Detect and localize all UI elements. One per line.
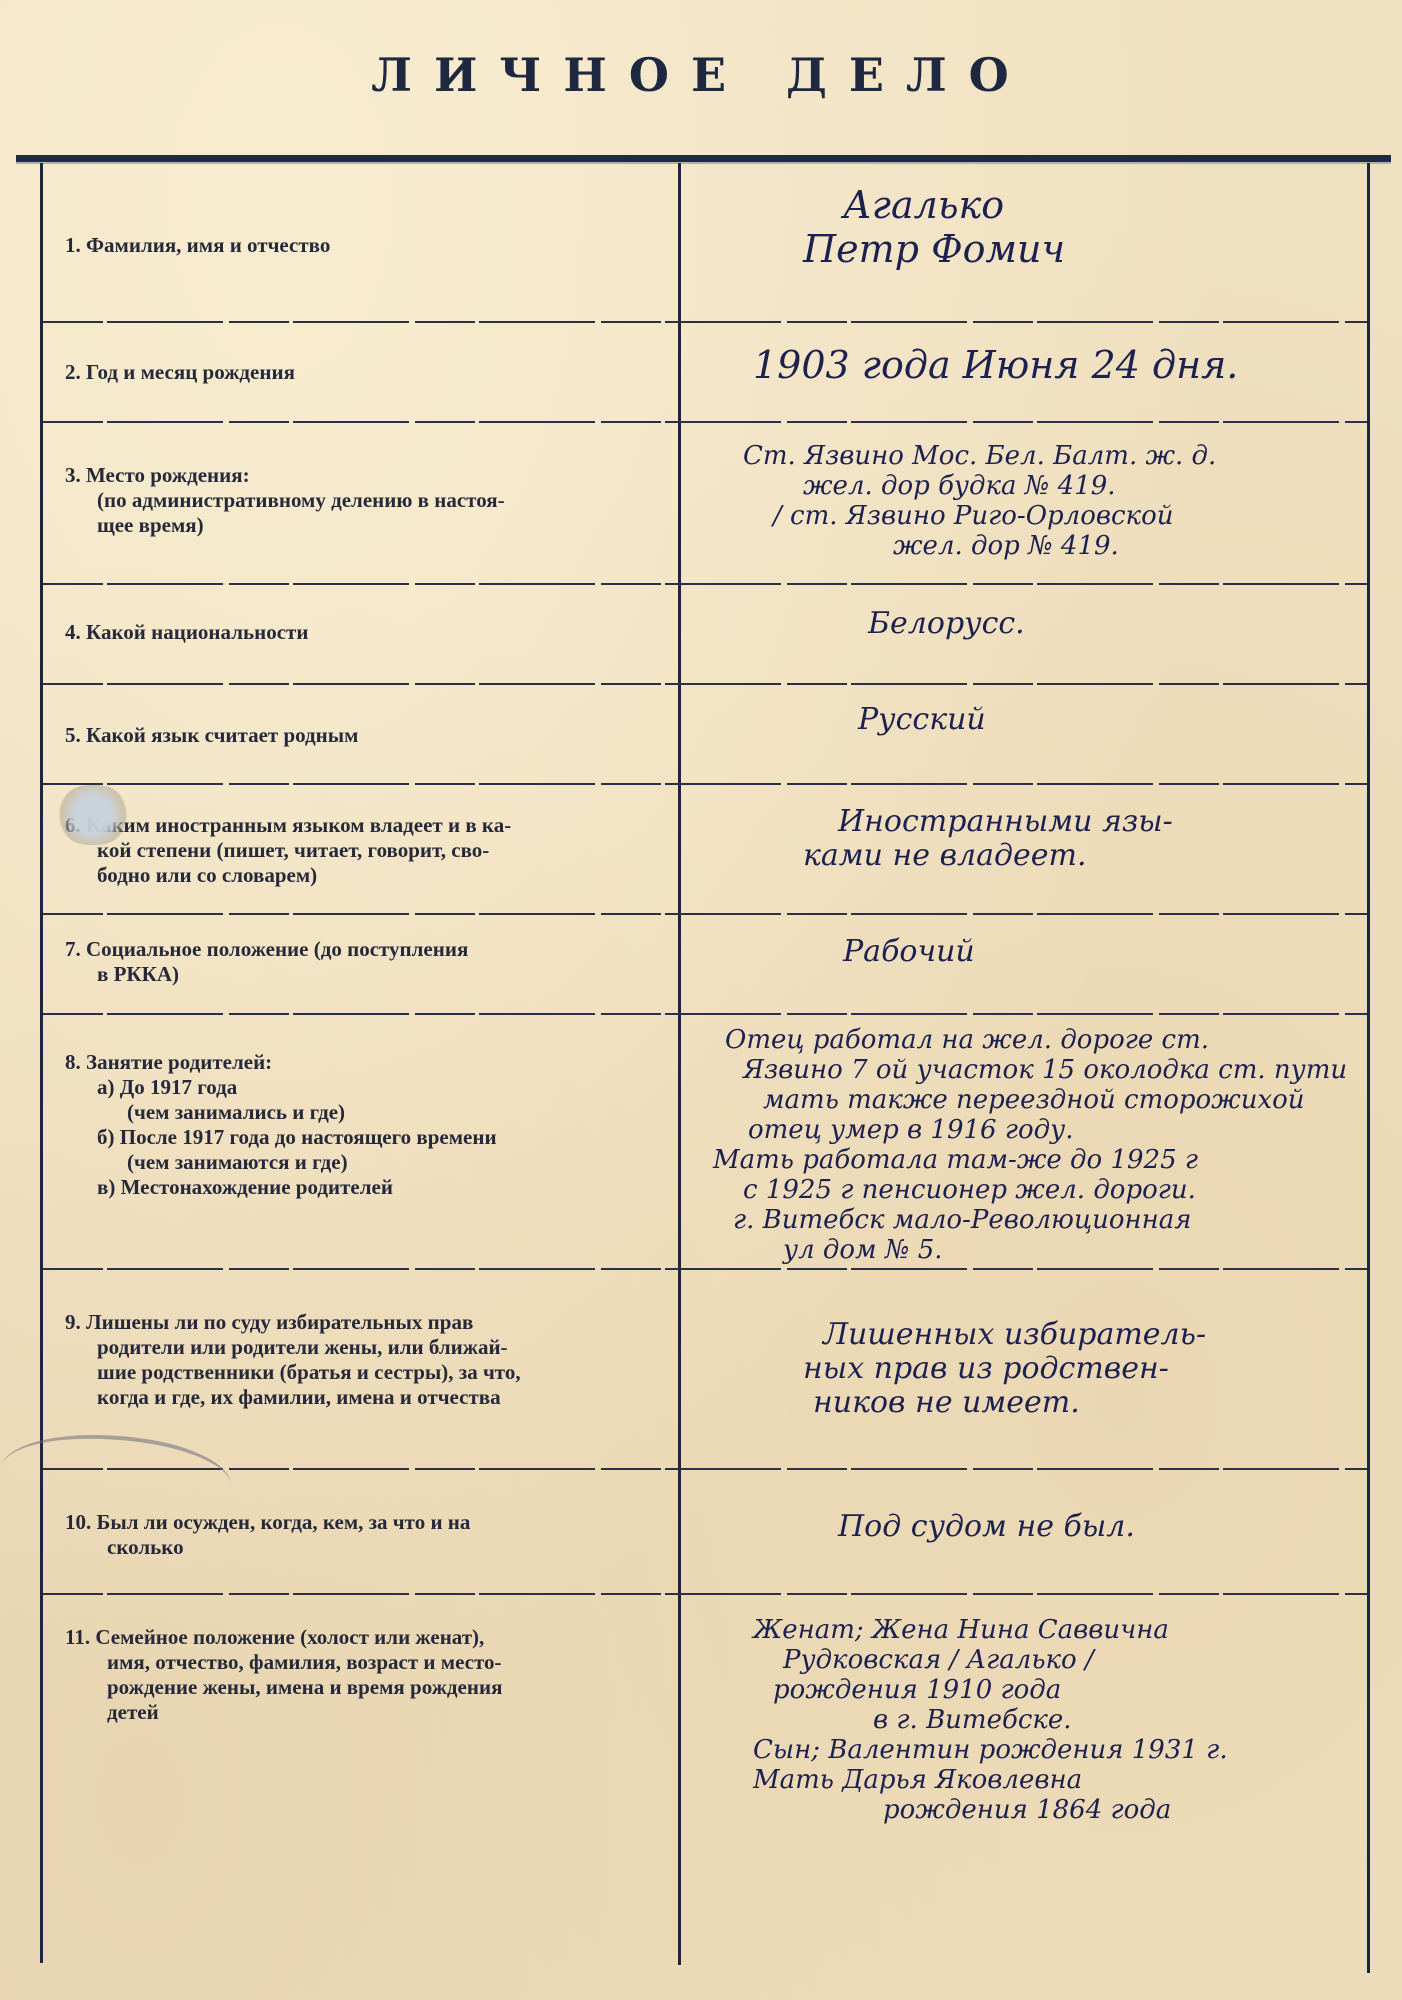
field-label-line: 4. Какой национальности bbox=[65, 620, 681, 645]
field-label-line: 7. Социальное положение (до поступления bbox=[65, 937, 681, 962]
field-label-line: рождение жены, имена и время рождения bbox=[65, 1675, 681, 1700]
handwritten-answer-line: жел. дор будка № 419. bbox=[703, 471, 1343, 501]
handwritten-answer-line: жел. дор № 419. bbox=[703, 531, 1343, 561]
field-label: 11. Семейное положение (холост или женат… bbox=[65, 1625, 681, 1725]
handwritten-answer: Ст. Язвино Мос. Бел. Балт. ж. д.жел. дор… bbox=[703, 441, 1343, 561]
field-label-line: в) Местонахождение родителей bbox=[65, 1175, 681, 1200]
field-label-line: 5. Какой язык считает родным bbox=[65, 723, 681, 748]
form-row: 5. Какой язык считает роднымРусский bbox=[43, 685, 1367, 785]
field-label-line: детей bbox=[65, 1700, 681, 1725]
handwritten-answer-line: 1903 года Июня 24 дня. bbox=[703, 343, 1343, 387]
handwritten-answer-line: ками не владеет. bbox=[703, 839, 1343, 873]
handwritten-answer-line: ул дом № 5. bbox=[703, 1235, 1343, 1265]
field-label-line: (по административному делению в настоя- bbox=[65, 488, 681, 513]
handwritten-answer-line: Ст. Язвино Мос. Бел. Балт. ж. д. bbox=[703, 441, 1343, 471]
handwritten-answer-line: Женат; Жена Нина Саввична bbox=[703, 1615, 1343, 1645]
handwritten-answer-line: Петр Фомич bbox=[703, 227, 1343, 271]
field-label-line: имя, отчество, фамилия, возраст и место- bbox=[65, 1650, 681, 1675]
field-label-line: 2. Год и месяц рождения bbox=[65, 360, 681, 385]
field-label-line: сколько bbox=[65, 1535, 681, 1560]
field-label-line: 6. Каким иностранным языком владеет и в … bbox=[65, 813, 681, 838]
field-label: 6. Каким иностранным языком владеет и в … bbox=[65, 813, 681, 888]
handwritten-answer-line: мать также переездной сторожихой bbox=[703, 1085, 1343, 1115]
handwritten-answer: Лишенных избиратель-ных прав из родствен… bbox=[703, 1318, 1343, 1420]
field-label: 4. Какой национальности bbox=[65, 620, 681, 645]
handwritten-answer-line: Рабочий bbox=[703, 935, 1343, 969]
handwritten-answer-line: Под судом не был. bbox=[703, 1510, 1343, 1544]
handwritten-answer-line: отец умер в 1916 году. bbox=[703, 1115, 1343, 1145]
field-label-line: 3. Место рождения: bbox=[65, 463, 681, 488]
field-label-line: в РККА) bbox=[65, 962, 681, 987]
field-label: 3. Место рождения:(по административному … bbox=[65, 463, 681, 538]
handwritten-answer: Иностранными язы-ками не владеет. bbox=[703, 805, 1343, 873]
handwritten-answer-line: Иностранными язы- bbox=[703, 805, 1343, 839]
field-label-line: б) После 1917 года до настоящего времени bbox=[65, 1125, 681, 1150]
handwritten-answer-line: Агалько bbox=[703, 183, 1343, 227]
field-label-line: кой степени (пишет, читает, говорит, сво… bbox=[65, 838, 681, 863]
form-row: 11. Семейное положение (холост или женат… bbox=[43, 1595, 1367, 1965]
field-label: 9. Лишены ли по суду избирательных правр… bbox=[65, 1310, 681, 1410]
form-row: 3. Место рождения:(по административному … bbox=[43, 423, 1367, 585]
paper-stain bbox=[58, 785, 128, 845]
handwritten-answer-line: Язвино 7 ой участок 15 околодка ст. пути bbox=[703, 1055, 1343, 1085]
form-row: 9. Лишены ли по суду избирательных правр… bbox=[43, 1270, 1367, 1470]
handwritten-answer: Женат; Жена Нина СаввичнаРудковская / Аг… bbox=[703, 1615, 1343, 1825]
handwritten-answer: Под судом не был. bbox=[703, 1510, 1343, 1544]
field-label: 8. Занятие родителей:а) До 1917 года(чем… bbox=[65, 1050, 681, 1200]
handwritten-answer-line: г. Витебск мало-Революционная bbox=[703, 1205, 1343, 1235]
form-row: 7. Социальное положение (до поступленияв… bbox=[43, 915, 1367, 1015]
field-label-line: 8. Занятие родителей: bbox=[65, 1050, 681, 1075]
field-label-line: 1. Фамилия, имя и отчество bbox=[65, 233, 681, 258]
handwritten-answer-line: Мать работала там-же до 1925 г bbox=[703, 1145, 1343, 1175]
field-label-line: 9. Лишены ли по суду избирательных прав bbox=[65, 1310, 681, 1335]
handwritten-answer: АгалькоПетр Фомич bbox=[703, 183, 1343, 271]
field-label: 7. Социальное положение (до поступленияв… bbox=[65, 937, 681, 987]
field-label-line: бодно или со словарем) bbox=[65, 863, 681, 888]
handwritten-answer-line: Отец работал на жел. дороге ст. bbox=[703, 1025, 1343, 1055]
handwritten-answer: 1903 года Июня 24 дня. bbox=[703, 343, 1343, 387]
field-label-line: (чем занимались и где) bbox=[65, 1100, 681, 1125]
field-label-line: щее время) bbox=[65, 513, 681, 538]
handwritten-answer: Рабочий bbox=[703, 935, 1343, 969]
handwritten-answer-line: Рудковская / Агалько / bbox=[703, 1645, 1343, 1675]
handwritten-answer-line: Русский bbox=[703, 703, 1343, 737]
handwritten-answer-line: Лишенных избиратель- bbox=[703, 1318, 1343, 1352]
field-label-line: 11. Семейное положение (холост или женат… bbox=[65, 1625, 681, 1650]
handwritten-answer-line: Мать Дарья Яковлевна bbox=[703, 1765, 1343, 1795]
field-label-line: (чем занимаются и где) bbox=[65, 1150, 681, 1175]
field-label-line: шие родственники (братья и сестры), за ч… bbox=[65, 1360, 681, 1385]
field-label-line: родители или родители жены, или ближай- bbox=[65, 1335, 681, 1360]
handwritten-answer: Отец работал на жел. дороге ст.Язвино 7 … bbox=[703, 1025, 1343, 1265]
handwritten-answer-line: рождения 1910 года bbox=[703, 1675, 1343, 1705]
form-row: 4. Какой национальностиБелорусс. bbox=[43, 585, 1367, 685]
handwritten-answer-line: Белорусс. bbox=[703, 607, 1343, 641]
field-label: 5. Какой язык считает родным bbox=[65, 723, 681, 748]
form-row: 10. Был ли осужден, когда, кем, за что и… bbox=[43, 1470, 1367, 1595]
field-label: 2. Год и месяц рождения bbox=[65, 360, 681, 385]
field-label-line: а) До 1917 года bbox=[65, 1075, 681, 1100]
handwritten-answer-line: с 1925 г пенсионер жел. дороги. bbox=[703, 1175, 1343, 1205]
handwritten-answer: Русский bbox=[703, 703, 1343, 737]
field-label-line: когда и где, их фамилии, имена и отчеств… bbox=[65, 1385, 681, 1410]
handwritten-answer-line: ных прав из родствен- bbox=[703, 1352, 1343, 1386]
handwritten-answer-line: рождения 1864 года bbox=[703, 1795, 1343, 1825]
handwritten-answer-line: в г. Витебске. bbox=[703, 1705, 1343, 1735]
form-row: 2. Год и месяц рождения1903 года Июня 24… bbox=[43, 323, 1367, 423]
field-label: 1. Фамилия, имя и отчество bbox=[65, 233, 681, 258]
handwritten-answer: Белорусс. bbox=[703, 607, 1343, 641]
form-row: 8. Занятие родителей:а) До 1917 года(чем… bbox=[43, 1015, 1367, 1270]
frame-right-border bbox=[1367, 163, 1370, 1973]
form-row: 1. Фамилия, имя и отчествоАгалькоПетр Фо… bbox=[43, 163, 1367, 323]
form-row: 6. Каким иностранным языком владеет и в … bbox=[43, 785, 1367, 915]
document-title: ЛИЧНОЕ ДЕЛО bbox=[0, 48, 1402, 102]
handwritten-answer-line: ников не имеет. bbox=[703, 1386, 1343, 1420]
handwritten-answer-line: / ст. Язвино Риго-Орловской bbox=[703, 501, 1343, 531]
handwritten-answer-line: Сын; Валентин рождения 1931 г. bbox=[703, 1735, 1343, 1765]
